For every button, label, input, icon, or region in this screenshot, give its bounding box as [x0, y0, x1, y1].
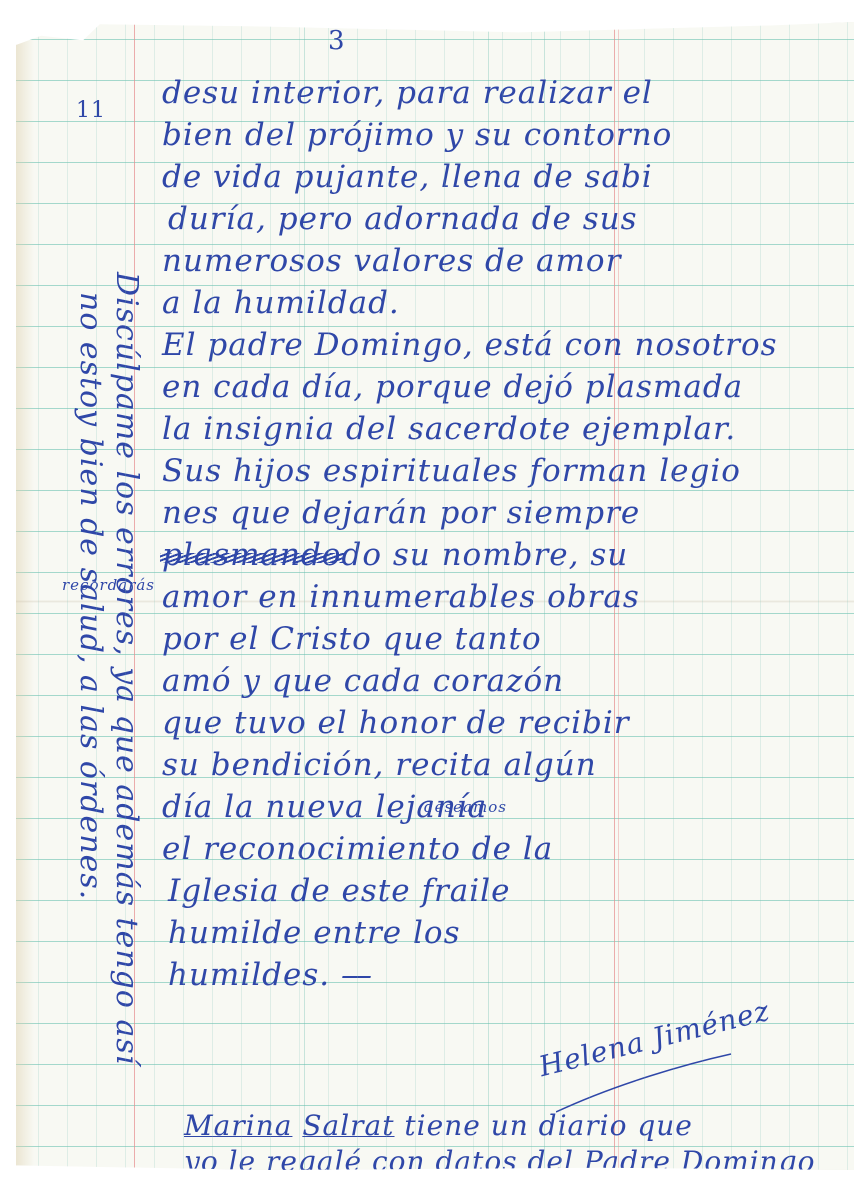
body-line: humildes. — [162, 954, 842, 996]
footer-note-line-1: Marina Salrat tiene un diario que [184, 1108, 816, 1144]
body-line-with-strikeout: plasmandodo su nombre, su [162, 534, 842, 576]
body-line: amor en innumerables obras [162, 576, 842, 618]
body-line: numerosos valores de amor [162, 240, 842, 282]
footer-note: Marina Salrat tiene un diario que yo le … [184, 1108, 816, 1170]
body-line: de vida pujante, llena de sabi [162, 156, 842, 198]
footer-line-1-rest: tiene un diario que [404, 1109, 692, 1142]
body-line: nes que dejarán por siempre [162, 492, 842, 534]
letter-body: desu interior, para realizar el bien del… [162, 72, 842, 996]
body-line: Sus hijos espirituales forman legio [162, 450, 842, 492]
body-line: el reconocimiento de la [162, 828, 842, 870]
body-line: la insignia del sacerdote ejemplar. [162, 408, 842, 450]
body-line: Iglesia de este fraile [162, 870, 842, 912]
body-line: duría, pero adornada de sus [162, 198, 842, 240]
margin-note-column-2: no estoy bien de salud, a las órdenes. [73, 292, 108, 900]
struck-word: plasmando [162, 534, 342, 576]
body-line: su bendición, recita algún [162, 744, 842, 786]
paper-edge-stain [16, 22, 34, 1170]
body-line: en cada día, porque dejó plasmada [162, 366, 842, 408]
body-line: bien del prójimo y su contorno [162, 114, 842, 156]
body-line-remainder: do su nombre, su [342, 537, 629, 573]
body-line: El padre Domingo, está con nosotros [162, 324, 842, 366]
letter-paper: 11 3 Discúlpame los errores, ya que adem… [16, 22, 854, 1170]
margin-note-column-1: Discúlpame los errores, ya que además te… [109, 272, 144, 1065]
body-line: humilde entre los [162, 912, 842, 954]
footer-name: Marina [184, 1109, 292, 1142]
body-line: por el Cristo que tanto [162, 618, 842, 660]
body-line: a la humildad. [162, 282, 842, 324]
body-line: que tuvo el honor de recibir [162, 702, 842, 744]
signature-flourish-icon [556, 1034, 736, 1114]
footer-surname: Salrat [302, 1109, 394, 1142]
insertion-above-line: recordarás [62, 578, 155, 593]
page-number: 3 [328, 26, 346, 56]
body-line: desu interior, para realizar el [162, 72, 842, 114]
body-line: amó y que cada corazón [162, 660, 842, 702]
insertion-above-line: deseamos [424, 800, 507, 815]
corner-mark: 11 [76, 98, 106, 123]
footer-note-line-2: yo le regalé con datos del Padre Domingo [184, 1144, 816, 1170]
